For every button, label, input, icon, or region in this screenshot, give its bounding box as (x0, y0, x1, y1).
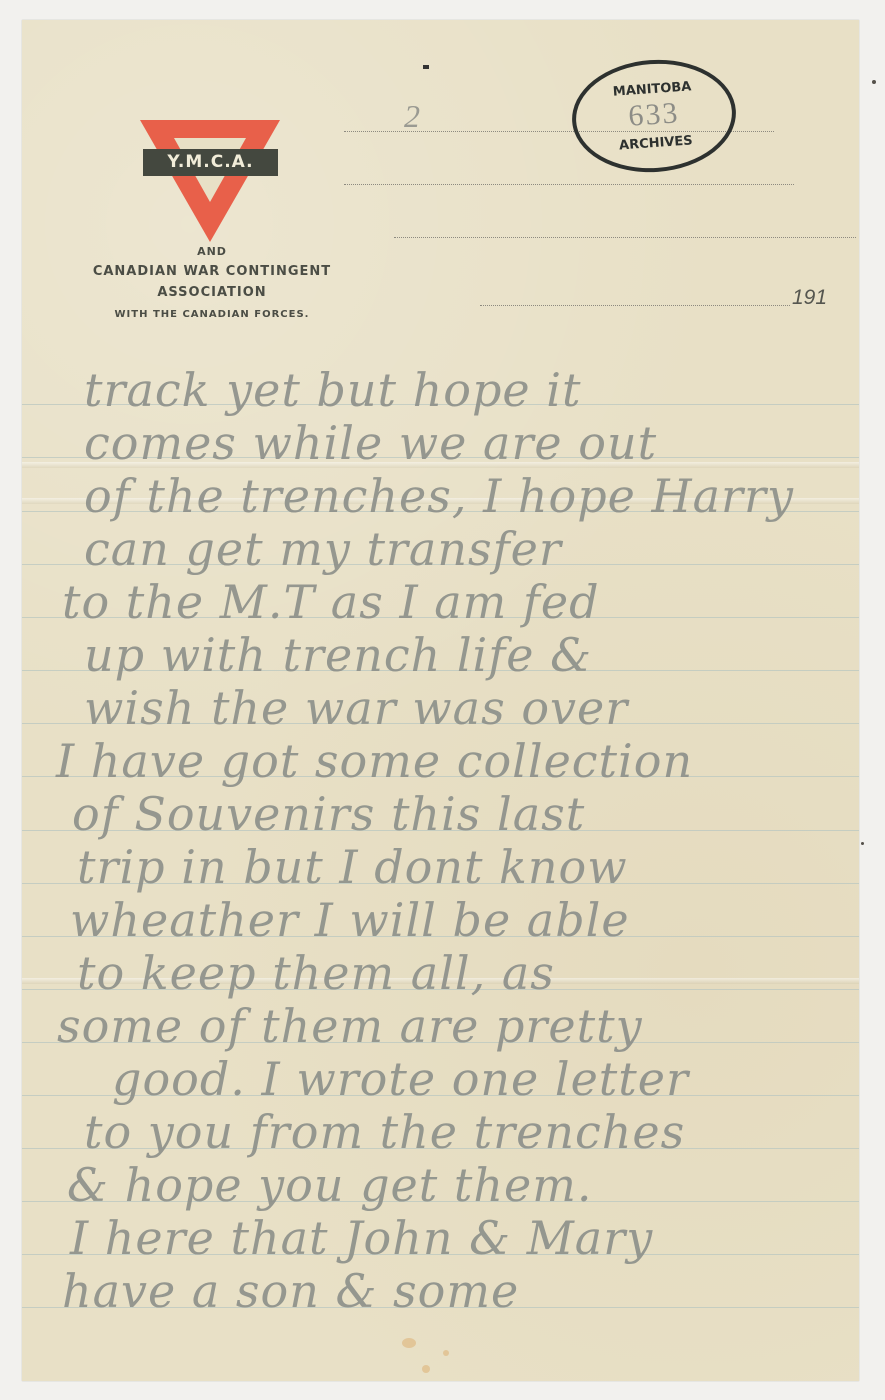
handwritten-line: of the trenches, I hope Harry (84, 471, 884, 521)
handwritten-line: can get my transfer (84, 524, 884, 574)
handwritten-line: wheather I will be able (70, 895, 870, 945)
dust-speck (861, 842, 864, 845)
date-line (480, 305, 790, 306)
handwritten-line: some of them are pretty (57, 1001, 857, 1051)
foxing-stain (443, 1350, 449, 1356)
letterhead-and: AND (52, 245, 372, 258)
handwritten-line: trip in but I dont know (77, 842, 877, 892)
handwritten-line: wish the war was over (84, 683, 884, 733)
handwritten-line: to the M.T as I am fed (62, 577, 862, 627)
foxing-stain (402, 1338, 416, 1348)
handwritten-line: have a son & some (62, 1266, 862, 1316)
letterhead-association: ASSOCIATION (52, 285, 372, 300)
letter-page: 2 Y.M.C.A. AND CANADIAN WAR CONTINGENT A… (22, 20, 859, 1381)
letterhead-organization: CANADIAN WAR CONTINGENT (52, 264, 372, 279)
ymca-logo-label: Y.M.C.A. (143, 149, 278, 176)
handwritten-line: track yet but hope it (84, 365, 884, 415)
handwritten-line: comes while we are out (84, 418, 884, 468)
handwritten-line: good. I wrote one letter (112, 1054, 885, 1104)
page-number: 2 (404, 98, 420, 135)
handwritten-line: & hope you get them. (67, 1160, 867, 1210)
foxing-stain (422, 1365, 430, 1373)
ymca-triangle-icon (140, 120, 280, 242)
dust-speck (872, 80, 876, 84)
letterhead-subtitle: WITH THE CANADIAN FORCES. (52, 309, 372, 320)
archive-stamp: MANITOBA 633 ARCHIVES (568, 54, 739, 177)
handwritten-line: I have got some collection (56, 736, 856, 786)
address-line-3 (394, 237, 856, 238)
ink-mark (423, 65, 429, 69)
handwritten-line: up with trench life & (84, 630, 884, 680)
address-line-2 (344, 184, 794, 185)
handwritten-line: I here that John & Mary (70, 1213, 870, 1263)
handwritten-line: of Souvenirs this last (72, 789, 872, 839)
handwritten-line: to you from the trenches (84, 1107, 884, 1157)
date-year: 191 (792, 286, 827, 310)
handwritten-line: to keep them all, as (77, 948, 877, 998)
